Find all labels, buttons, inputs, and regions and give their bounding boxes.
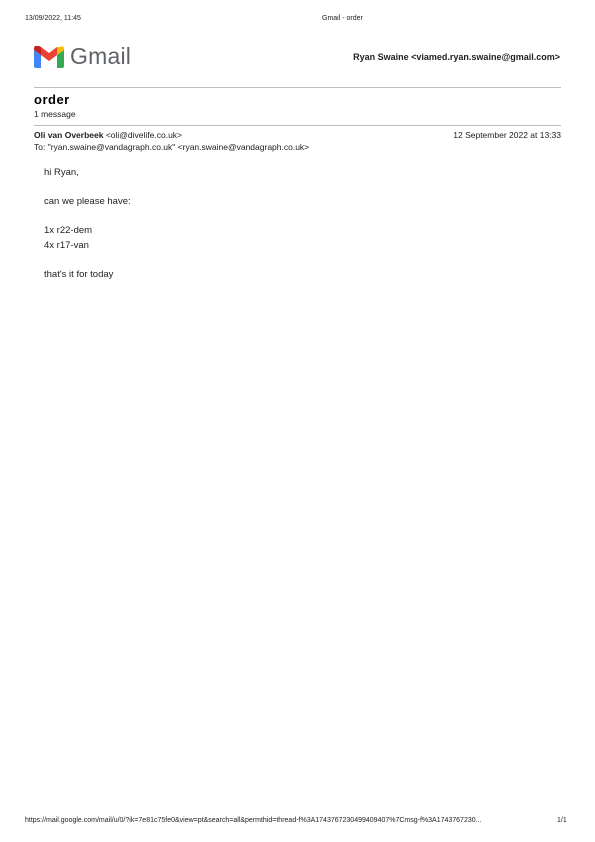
message-count: 1 message: [34, 109, 76, 119]
sender-email: <oli@divelife.co.uk>: [106, 130, 182, 140]
gmail-wordmark: Gmail: [70, 45, 131, 68]
body-line: [44, 181, 131, 196]
body-line: can we please have:: [44, 195, 131, 210]
print-url: https://mail.google.com/mail/u/0/?ik=7e8…: [25, 817, 481, 824]
message-body: hi Ryan, can we please have: 1x r22-dem …: [44, 166, 131, 282]
body-line: hi Ryan,: [44, 166, 131, 181]
thread-subject: order: [34, 92, 70, 107]
body-line: that's it for today: [44, 268, 131, 283]
body-line: 4x r17-van: [44, 239, 131, 254]
divider: [34, 87, 561, 88]
sender-name: Oli van Overbeek: [34, 130, 103, 140]
print-timestamp: 13/09/2022, 11:45: [25, 15, 81, 22]
account-label: Ryan Swaine <viamed.ryan.swaine@gmail.co…: [353, 52, 560, 62]
recipient-line: To: "ryan.swaine@vandagraph.co.uk" <ryan…: [34, 142, 309, 152]
body-line: [44, 210, 131, 225]
page-number: 1/1: [557, 817, 567, 824]
body-line: 1x r22-dem: [44, 224, 131, 239]
gmail-logo: Gmail: [34, 45, 131, 68]
message-date: 12 September 2022 at 13:33: [453, 130, 561, 140]
divider: [34, 125, 561, 126]
gmail-m-logo-icon: [34, 46, 64, 68]
sender: Oli van Overbeek <oli@divelife.co.uk>: [34, 130, 182, 140]
print-title: Gmail - order: [322, 15, 363, 22]
body-line: [44, 253, 131, 268]
